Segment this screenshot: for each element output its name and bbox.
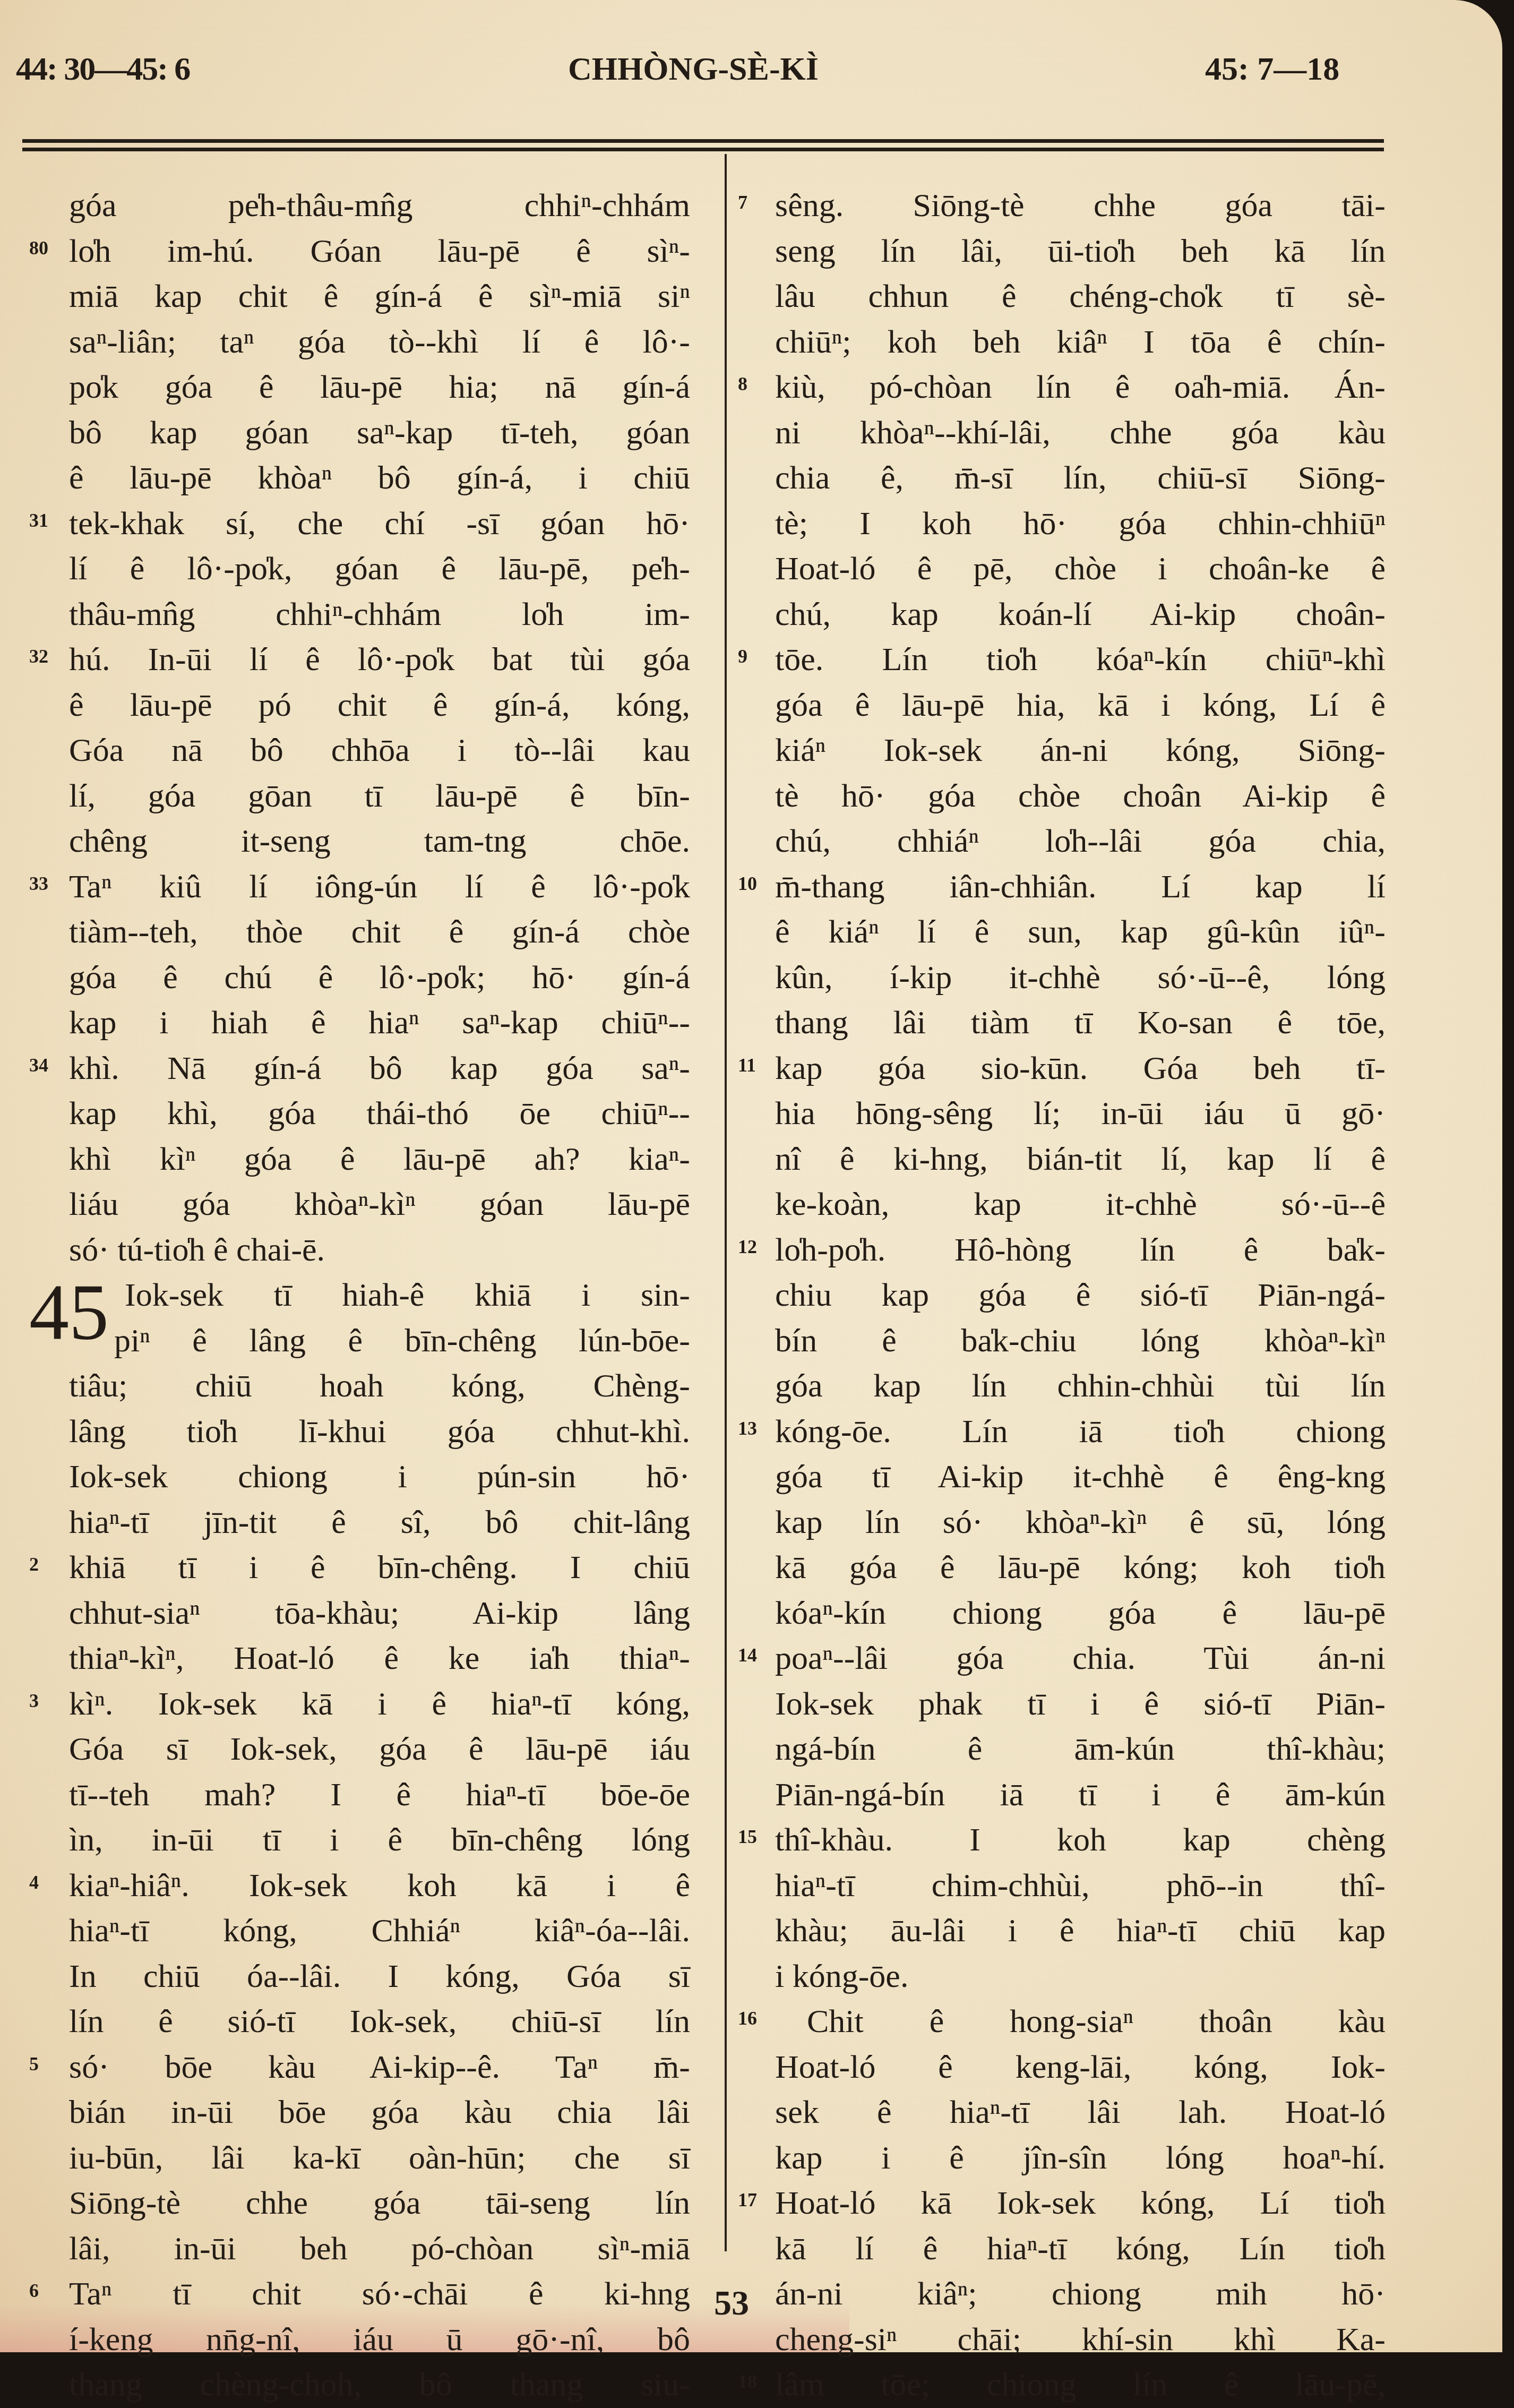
- verse-text: Hoat-ló ê pē, chòe i choân-ke ê: [775, 546, 1386, 592]
- text-line: góa kap lín chhin-chhùi tùi lín: [741, 1364, 1386, 1409]
- text-line: 13kóng-ōe. Lín iā tio̍h chiong: [741, 1409, 1386, 1455]
- verse-text: lí ê lô·-po̍k, góan ê lāu-pē, pe̍h-: [69, 546, 690, 592]
- verse-number: 80: [29, 226, 61, 271]
- verse-text: kap góa sio-kūn. Góa beh tī-: [775, 1046, 1386, 1092]
- verse-text: khàu; āu-lâi i ê hiaⁿ-tī chiū kap: [775, 1908, 1386, 1954]
- verse-text: tī--teh mah? I ê hiaⁿ-tī bōe-ōe: [69, 1772, 690, 1818]
- verse-text: lâng tio̍h lī-khui góa chhut-khì.: [69, 1409, 690, 1455]
- text-line: lâu chhun ê chéng-cho̍k tī sè-: [741, 274, 1386, 320]
- verse-text: thî-khàu. I koh kap chèng: [775, 1818, 1386, 1863]
- text-line: chia ê, m̄-sī lín, chiū-sī Siōng-: [741, 456, 1386, 501]
- verse-number: 14: [738, 1633, 770, 1678]
- text-line: góa pe̍h-thâu-mn̂g chhiⁿ-chhám: [29, 183, 690, 229]
- verse-text: chêng it-seng tam-tng chōe.: [69, 819, 690, 864]
- text-line: In chiū óa--lâi. I kóng, Góa sī: [29, 1954, 690, 2000]
- text-line: bô kap góan saⁿ-kap tī-teh, góan: [29, 410, 690, 456]
- verse-number: 11: [738, 1043, 770, 1089]
- verse-text: ngá-bín ê ām-kún thî-khàu;: [775, 1727, 1386, 1772]
- text-line: 32hú. In-ūi lí ê lô·-po̍k bat tùi góa: [29, 637, 690, 683]
- header-rule-top: [22, 139, 1384, 143]
- verse-text: thiaⁿ-kìⁿ, Hoat-ló ê ke ia̍h thiaⁿ-: [69, 1636, 690, 1682]
- text-line: 9tōe. Lín tio̍h kóaⁿ-kín chiūⁿ-khì: [741, 637, 1386, 683]
- verse-text: Hoat-ló kā Iok-sek kóng, Lí tio̍h: [775, 2181, 1386, 2226]
- verse-text: ìn, in-ūi tī i ê bīn-chêng lóng: [69, 1818, 690, 1863]
- verse-text: Iok-sek tī hiah-ê khiā i sin-: [125, 1273, 690, 1318]
- verse-text: chiu kap góa ê sió-tī Piān-ngá-: [775, 1273, 1386, 1318]
- text-line: 14poaⁿ--lâi góa chia. Tùi án-ni: [741, 1636, 1386, 1682]
- verse-text: kiaⁿ-hiâⁿ. Iok-sek koh kā i ê: [69, 1863, 690, 1909]
- verse-text: iu-būn, lâi ka-kī oàn-hūn; che sī: [69, 2136, 690, 2181]
- verse-text: bín ê ba̍k-chiu lóng khòaⁿ-kìⁿ: [775, 1318, 1386, 1364]
- verse-text: kap i ê jîn-sîn lóng hoaⁿ-hí.: [775, 2136, 1386, 2181]
- text-line: tiàm--teh, thòe chit ê gín-á chòe: [29, 910, 690, 955]
- text-line: chhut-siaⁿ tōa-khàu; Ai-kip lâng: [29, 1591, 690, 1636]
- text-line: saⁿ-liân; taⁿ góa tò--khì lí ê lô·-: [29, 320, 690, 365]
- verse-text: Góa nā bô chhōa i tò--lâi kau: [69, 728, 690, 774]
- text-line: po̍k góa ê lāu-pē hia; nā gín-á: [29, 365, 690, 410]
- verse-number: 16: [738, 1996, 770, 2042]
- verse-text: i kóng-ōe.: [775, 1954, 1386, 2000]
- verse-text: tiâu; chiū hoah kóng, Chèng-: [69, 1364, 690, 1409]
- text-line: 2khiā tī i ê bīn-chêng. I chiū: [29, 1545, 690, 1591]
- verse-text: hú. In-ūi lí ê lô·-po̍k bat tùi góa: [69, 637, 690, 683]
- verse-text: kap lín só· khòaⁿ-kìⁿ ê sū, lóng: [775, 1500, 1386, 1546]
- verse-number: 7: [738, 180, 770, 226]
- verse-text: hiaⁿ-tī jīn-tit ê sî, bô chit-lâng: [69, 1500, 690, 1546]
- verse-text: hiaⁿ-tī kóng, Chhiáⁿ kiâⁿ-óa--lâi.: [69, 1908, 690, 1954]
- verse-text: sêng. Siōng-tè chhe góa tāi-: [775, 183, 1386, 229]
- verse-text: góa pe̍h-thâu-mn̂g chhiⁿ-chhám: [69, 183, 690, 229]
- text-line: khàu; āu-lâi i ê hiaⁿ-tī chiū kap: [741, 1908, 1386, 1954]
- text-line: kóaⁿ-kín chiong góa ê lāu-pē: [741, 1591, 1386, 1636]
- book-title: CHHÒNG-SÈ-KÌ: [568, 50, 819, 88]
- verse-text: Hoat-ló ê keng-lāi, kóng, Iok-: [775, 2045, 1386, 2090]
- text-line: khì kìⁿ góa ê lāu-pē ah? kiaⁿ-: [29, 1137, 690, 1182]
- text-line: iu-būn, lâi ka-kī oàn-hūn; che sī: [29, 2136, 690, 2181]
- text-line: lí ê lô·-po̍k, góan ê lāu-pē, pe̍h-: [29, 546, 690, 592]
- verse-text: seng lín lâi, ūi-tio̍h beh kā lín: [775, 229, 1386, 275]
- text-line: piⁿ ê lâng ê bīn-chêng lún-bōe-: [29, 1318, 690, 1364]
- verse-text: bô kap góan saⁿ-kap tī-teh, góan: [69, 410, 690, 456]
- verse-text: saⁿ-liân; taⁿ góa tò--khì lí ê lô·-: [69, 320, 690, 365]
- text-line: miā kap chit ê gín-á ê sìⁿ-miā siⁿ: [29, 274, 690, 320]
- verse-text: lo̍h-po̍h. Hô-hòng lín ê ba̍k-: [775, 1228, 1386, 1273]
- verse-text: chiūⁿ; koh beh kiâⁿ I tōa ê chín-: [775, 320, 1386, 365]
- verse-text: góa ê chú ê lô·-po̍k; hō· gín-á: [69, 955, 690, 1001]
- verse-text: chú, chhiáⁿ lo̍h--lâi góa chia,: [775, 819, 1386, 864]
- text-line: 80lo̍h im-hú. Góan lāu-pē ê sìⁿ-: [29, 229, 690, 275]
- verse-text: nî ê ki-hng, bián-tit lí, kap lí ê: [775, 1137, 1386, 1182]
- verse-text: tè; I koh hō· góa chhin-chhiūⁿ: [775, 501, 1386, 547]
- text-line: kap i ê jîn-sîn lóng hoaⁿ-hí.: [741, 2136, 1386, 2181]
- text-line: nî ê ki-hng, bián-tit lí, kap lí ê: [741, 1137, 1386, 1182]
- verse-text: hia hōng-sêng lí; in-ūi iáu ū gō·: [775, 1091, 1386, 1137]
- verse-text: án-ni kiâⁿ; chiong mih hō·: [775, 2272, 1386, 2317]
- text-line: 11kap góa sio-kūn. Góa beh tī-: [741, 1046, 1386, 1092]
- verse-number: 8: [738, 362, 770, 407]
- verse-text: piⁿ ê lâng ê bīn-chêng lún-bōe-: [114, 1318, 690, 1364]
- verse-text: ke-koàn, kap it-chhè só·-ū--ê: [775, 1182, 1386, 1228]
- text-line: chiu kap góa ê sió-tī Piān-ngá-: [741, 1273, 1386, 1318]
- verse-text: khì kìⁿ góa ê lāu-pē ah? kiaⁿ-: [69, 1137, 690, 1182]
- text-line: i kóng-ōe.: [741, 1954, 1386, 2000]
- verse-text: ni khòaⁿ--khí-lâi, chhe góa kàu: [775, 410, 1386, 456]
- verse-number: 31: [29, 498, 61, 544]
- text-line: 5só· bōe kàu Ai-kip--ê. Taⁿ m̄-: [29, 2045, 690, 2090]
- verse-number: 5: [29, 2042, 61, 2087]
- text-line: 16Chit ê hong-siaⁿ thoân kàu: [741, 1999, 1386, 2045]
- text-line: Iok-sek phak tī i ê sió-tī Piān-: [741, 1682, 1386, 1727]
- text-line: Góa nā bô chhōa i tò--lâi kau: [29, 728, 690, 774]
- verse-text: thang lâi tiàm tī Ko-san ê tōe,: [775, 1000, 1386, 1046]
- verse-text: khì. Nā gín-á bô kap góa saⁿ-: [69, 1046, 690, 1092]
- verse-text: kûn, í-kip it-chhè só·-ū--ê, lóng: [775, 955, 1386, 1001]
- text-line: 8kiù, pó-chòan lín ê oa̍h-miā. Án-: [741, 365, 1386, 410]
- text-line: lí, góa gōan tī lāu-pē ê bīn-: [29, 774, 690, 819]
- text-line: án-ni kiâⁿ; chiong mih hō·: [741, 2272, 1386, 2317]
- text-line: sek ê hiaⁿ-tī lâi lah. Hoat-ló: [741, 2090, 1386, 2136]
- text-line: ê kiáⁿ lí ê sun, kap gû-kûn iûⁿ-: [741, 910, 1386, 955]
- verse-number: 17: [738, 2178, 770, 2223]
- verse-text: tè hō· góa chòe choân Ai-kip ê: [775, 774, 1386, 819]
- verse-text: Iok-sek phak tī i ê sió-tī Piān-: [775, 1682, 1386, 1727]
- header-left-reference: 44: 30—45: 6: [16, 50, 190, 88]
- text-line: 17Hoat-ló kā Iok-sek kóng, Lí tio̍h: [741, 2181, 1386, 2226]
- text-line: cheng-siⁿ chāi; khí-sin khì Ka-: [741, 2317, 1386, 2353]
- text-line: 12lo̍h-po̍h. Hô-hòng lín ê ba̍k-: [741, 1228, 1386, 1273]
- text-line: hiaⁿ-tī chim-chhùi, phō--in thî-: [741, 1863, 1386, 1909]
- verse-text: chú, kap koán-lí Ai-kip choân-: [775, 592, 1386, 638]
- verse-text: tek-khak sí, che chí -sī góan hō·: [69, 501, 690, 547]
- verse-text: kìⁿ. Iok-sek kā i ê hiaⁿ-tī kóng,: [69, 1682, 690, 1727]
- verse-text: kā lí ê hiaⁿ-tī kóng, Lín tio̍h: [775, 2226, 1386, 2272]
- column-divider: [725, 154, 727, 2251]
- text-line: kap i hiah ê hiaⁿ saⁿ-kap chiūⁿ--: [29, 1000, 690, 1046]
- running-header: 44: 30—45: 6 CHHÒNG-SÈ-KÌ 45: 7—18: [11, 50, 1391, 98]
- text-line: 31tek-khak sí, che chí -sī góan hō·: [29, 501, 690, 547]
- verse-text: kap khì, góa thái-thó ōe chiūⁿ--: [69, 1091, 690, 1137]
- verse-number: 9: [738, 634, 770, 680]
- text-line: Iok-sek chiong i pún-sin hō·: [29, 1454, 690, 1500]
- text-line: 3kìⁿ. Iok-sek kā i ê hiaⁿ-tī kóng,: [29, 1682, 690, 1727]
- text-line: Iok-sek tī hiah-ê khiā i sin-: [29, 1273, 690, 1318]
- verse-text: Piān-ngá-bín iā tī i ê ām-kún: [775, 1772, 1386, 1818]
- text-line: tè; I koh hō· góa chhin-chhiūⁿ: [741, 501, 1386, 547]
- text-line: chú, chhiáⁿ lo̍h--lâi góa chia,: [741, 819, 1386, 864]
- verse-text: góa ê lāu-pē hia, kā i kóng, Lí ê: [775, 683, 1386, 729]
- verse-text: Iok-sek chiong i pún-sin hō·: [69, 1454, 690, 1500]
- text-line: só· tú-tio̍h ê chai-ē.: [29, 1228, 690, 1273]
- verse-number: 32: [29, 634, 61, 680]
- text-line: Hoat-ló ê pē, chòe i choân-ke ê: [741, 546, 1386, 592]
- verse-text: só· tú-tio̍h ê chai-ē.: [69, 1228, 690, 1273]
- text-line: hiaⁿ-tī kóng, Chhiáⁿ kiâⁿ-óa--lâi.: [29, 1908, 690, 1954]
- text-line: kiáⁿ Iok-sek án-ni kóng, Siōng-: [741, 728, 1386, 774]
- verse-text: khiā tī i ê bīn-chêng. I chiū: [69, 1545, 690, 1591]
- verse-text: só· bōe kàu Ai-kip--ê. Taⁿ m̄-: [69, 2045, 690, 2090]
- verse-number: 3: [29, 1678, 61, 1724]
- text-line: ngá-bín ê ām-kún thî-khàu;: [741, 1727, 1386, 1772]
- text-line: bín ê ba̍k-chiu lóng khòaⁿ-kìⁿ: [741, 1318, 1386, 1364]
- verse-text: lí, góa gōan tī lāu-pē ê bīn-: [69, 774, 690, 819]
- text-line: 34khì. Nā gín-á bô kap góa saⁿ-: [29, 1046, 690, 1092]
- verse-text: góa tī Ai-kip it-chhè ê êng-kng: [775, 1454, 1386, 1500]
- verse-number: 4: [29, 1860, 61, 1906]
- verse-text: góa kap lín chhin-chhùi tùi lín: [775, 1364, 1386, 1409]
- verse-text: lo̍h im-hú. Góan lāu-pē ê sìⁿ-: [69, 229, 690, 275]
- verse-text: tōe. Lín tio̍h kóaⁿ-kín chiūⁿ-khì: [775, 637, 1386, 683]
- text-line: Góa sī Iok-sek, góa ê lāu-pē iáu: [29, 1727, 690, 1772]
- text-line: góa ê lāu-pē hia, kā i kóng, Lí ê: [741, 683, 1386, 729]
- verse-text: kiáⁿ Iok-sek án-ni kóng, Siōng-: [775, 728, 1386, 774]
- text-line: ê lāu-pē khòaⁿ bô gín-á, i chiū: [29, 456, 690, 501]
- text-line: 33Taⁿ kiû lí iông-ún lí ê lô·-po̍k: [29, 864, 690, 910]
- verse-text: Taⁿ tī chit só·-chāi ê ki-hng: [69, 2272, 690, 2317]
- verse-text: Góa sī Iok-sek, góa ê lāu-pē iáu: [69, 1727, 690, 1772]
- left-column: góa pe̍h-thâu-mn̂g chhiⁿ-chhám80lo̍h im-…: [29, 183, 690, 2352]
- verse-text: Chit ê hong-siaⁿ thoân kàu: [775, 1999, 1386, 2045]
- text-line: thiaⁿ-kìⁿ, Hoat-ló ê ke ia̍h thiaⁿ-: [29, 1636, 690, 1682]
- text-line: tè hō· góa chòe choân Ai-kip ê: [741, 774, 1386, 819]
- verse-text: cheng-siⁿ chāi; khí-sin khì Ka-: [775, 2317, 1386, 2353]
- verse-text: bián in-ūi bōe góa kàu chia lâi: [69, 2090, 690, 2136]
- text-line: tī--teh mah? I ê hiaⁿ-tī bōe-ōe: [29, 1772, 690, 1818]
- verse-text: thâu-mn̂g chhiⁿ-chhám lo̍h im-: [69, 592, 690, 638]
- verse-text: sek ê hiaⁿ-tī lâi lah. Hoat-ló: [775, 2090, 1386, 2136]
- verse-text: Siōng-tè chhe góa tāi-seng lín: [69, 2181, 690, 2226]
- verse-text: chhut-siaⁿ tōa-khàu; Ai-kip lâng: [69, 1591, 690, 1636]
- text-line: Hoat-ló ê keng-lāi, kóng, Iok-: [741, 2045, 1386, 2090]
- verse-number: 33: [29, 861, 61, 907]
- verse-text: m̄-thang iân-chhiân. Lí kap lí: [775, 864, 1386, 910]
- text-line: bián in-ūi bōe góa kàu chia lâi: [29, 2090, 690, 2136]
- text-line: thang lâi tiàm tī Ko-san ê tōe,: [741, 1000, 1386, 1046]
- text-line: í-keng nn̄g-nî, iáu ū gō·-nî, bô: [29, 2317, 690, 2353]
- verse-text: In chiū óa--lâi. I kóng, Góa sī: [69, 1954, 690, 2000]
- text-line: kā lí ê hiaⁿ-tī kóng, Lín tio̍h: [741, 2226, 1386, 2272]
- text-line: ê lāu-pē pó chit ê gín-á, kóng,: [29, 683, 690, 729]
- text-line: chêng it-seng tam-tng chōe.: [29, 819, 690, 864]
- verse-text: lâu chhun ê chéng-cho̍k tī sè-: [775, 274, 1386, 320]
- text-line: 7sêng. Siōng-tè chhe góa tāi-: [741, 183, 1386, 229]
- right-column: 7sêng. Siōng-tè chhe góa tāi-seng lín lâ…: [741, 183, 1386, 2352]
- verse-text: chia ê, m̄-sī lín, chiū-sī Siōng-: [775, 456, 1386, 501]
- text-line: Siōng-tè chhe góa tāi-seng lín: [29, 2181, 690, 2226]
- verse-number: 12: [738, 1224, 770, 1270]
- verse-number: 10: [738, 861, 770, 907]
- verse-text: kā góa ê lāu-pē kóng; koh tio̍h: [775, 1545, 1386, 1591]
- verse-text: í-keng nn̄g-nî, iáu ū gō·-nî, bô: [69, 2317, 690, 2353]
- chapter-start: 45Iok-sek tī hiah-ê khiā i sin-piⁿ ê lân…: [29, 1273, 690, 1364]
- text-line: kap khì, góa thái-thó ōe chiūⁿ--: [29, 1091, 690, 1137]
- text-line: chú, kap koán-lí Ai-kip choân-: [741, 592, 1386, 638]
- text-line: kap lín só· khòaⁿ-kìⁿ ê sū, lóng: [741, 1500, 1386, 1546]
- text-line: chiūⁿ; koh beh kiâⁿ I tōa ê chín-: [741, 320, 1386, 365]
- verse-text: miā kap chit ê gín-á ê sìⁿ-miā siⁿ: [69, 274, 690, 320]
- verse-text: tiàm--teh, thòe chit ê gín-á chòe: [69, 910, 690, 955]
- verse-text: lâi, in-ūi beh pó-chòan sìⁿ-miā: [69, 2226, 690, 2272]
- verse-text: kap i hiah ê hiaⁿ saⁿ-kap chiūⁿ--: [69, 1000, 690, 1046]
- verse-text: liáu góa khòaⁿ-kìⁿ góan lāu-pē: [69, 1182, 690, 1228]
- verse-text: Taⁿ kiû lí iông-ún lí ê lô·-po̍k: [69, 864, 690, 910]
- text-line: seng lín lâi, ūi-tio̍h beh kā lín: [741, 229, 1386, 275]
- text-line: 6Taⁿ tī chit só·-chāi ê ki-hng: [29, 2272, 690, 2317]
- text-line: 15thî-khàu. I koh kap chèng: [741, 1818, 1386, 1863]
- verse-text: lín ê sió-tī Iok-sek, chiū-sī lín: [69, 1999, 690, 2045]
- text-line: lâng tio̍h lī-khui góa chhut-khì.: [29, 1409, 690, 1455]
- verse-number: 13: [738, 1406, 770, 1452]
- verse-text: po̍k góa ê lāu-pē hia; nā gín-á: [69, 365, 690, 410]
- header-right-reference: 45: 7—18: [1205, 50, 1339, 88]
- page-number: 53: [714, 2283, 749, 2324]
- text-line: hia hōng-sêng lí; in-ūi iáu ū gō·: [741, 1091, 1386, 1137]
- scripture-page: 44: 30—45: 6 CHHÒNG-SÈ-KÌ 45: 7—18 góa p…: [0, 0, 1502, 2352]
- text-line: Piān-ngá-bín iā tī i ê ām-kún: [741, 1772, 1386, 1818]
- verse-text: kóaⁿ-kín chiong góa ê lāu-pē: [775, 1591, 1386, 1636]
- text-line: ni khòaⁿ--khí-lâi, chhe góa kàu: [741, 410, 1386, 456]
- text-line: thâu-mn̂g chhiⁿ-chhám lo̍h im-: [29, 592, 690, 638]
- text-line: góa tī Ai-kip it-chhè ê êng-kng: [741, 1454, 1386, 1500]
- verse-number: 2: [29, 1542, 61, 1588]
- text-line: liáu góa khòaⁿ-kìⁿ góan lāu-pē: [29, 1182, 690, 1228]
- verse-text: hiaⁿ-tī chim-chhùi, phō--in thî-: [775, 1863, 1386, 1909]
- text-line: kûn, í-kip it-chhè só·-ū--ê, lóng: [741, 955, 1386, 1001]
- verse-text: ê lāu-pē pó chit ê gín-á, kóng,: [69, 683, 690, 729]
- text-line: lín ê sió-tī Iok-sek, chiū-sī lín: [29, 1999, 690, 2045]
- text-line: ìn, in-ūi tī i ê bīn-chêng lóng: [29, 1818, 690, 1863]
- verse-text: ê kiáⁿ lí ê sun, kap gû-kûn iûⁿ-: [775, 910, 1386, 955]
- verse-text: ê lāu-pē khòaⁿ bô gín-á, i chiū: [69, 456, 690, 501]
- text-line: kā góa ê lāu-pē kóng; koh tio̍h: [741, 1545, 1386, 1591]
- text-line: 4kiaⁿ-hiâⁿ. Iok-sek koh kā i ê: [29, 1863, 690, 1909]
- text-line: hiaⁿ-tī jīn-tit ê sî, bô chit-lâng: [29, 1500, 690, 1546]
- verse-number: 34: [29, 1043, 61, 1089]
- text-line: góa ê chú ê lô·-po̍k; hō· gín-á: [29, 955, 690, 1001]
- verse-number: 6: [29, 2268, 61, 2314]
- header-rule-bottom: [22, 148, 1384, 151]
- verse-text: kiù, pó-chòan lín ê oa̍h-miā. Án-: [775, 365, 1386, 410]
- text-line: tiâu; chiū hoah kóng, Chèng-: [29, 1364, 690, 1409]
- text-line: ke-koàn, kap it-chhè só·-ū--ê: [741, 1182, 1386, 1228]
- verse-text: poaⁿ--lâi góa chia. Tùi án-ni: [775, 1636, 1386, 1682]
- text-line: lâi, in-ūi beh pó-chòan sìⁿ-miā: [29, 2226, 690, 2272]
- text-line: 10m̄-thang iân-chhiân. Lí kap lí: [741, 864, 1386, 910]
- verse-number: 15: [738, 1814, 770, 1860]
- verse-text: kóng-ōe. Lín iā tio̍h chiong: [775, 1409, 1386, 1455]
